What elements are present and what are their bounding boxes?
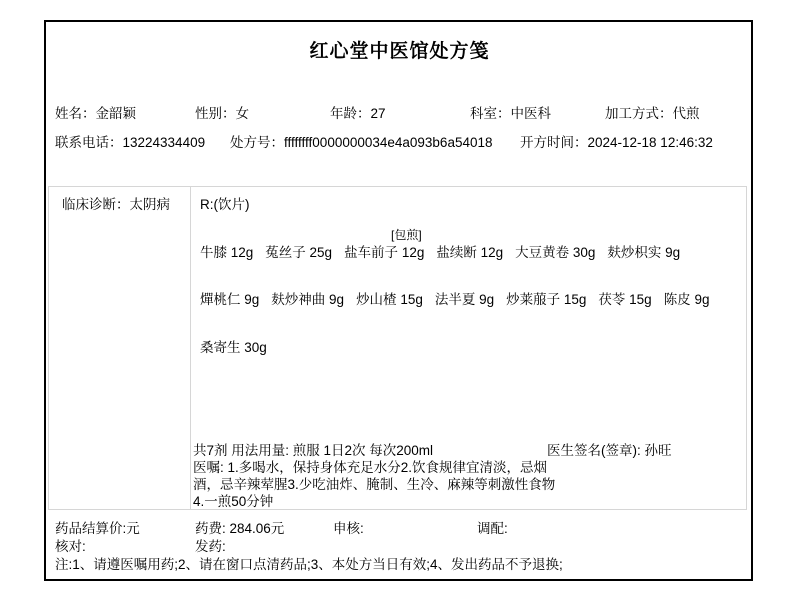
medicine-item: 炒莱菔子 15g (506, 292, 586, 307)
decoct-wrapped-tag: [包煎] (391, 227, 422, 243)
prescription-page: { "page": { "title": "红心堂中医馆处方笺", "backg… (0, 0, 800, 600)
medicine-row-1: 牛膝 12g菟丝子 25g盐车前子 12g盐续断 12g大豆黄卷 30g麸炒枳实… (200, 245, 692, 261)
contact-phone-field: 联系电话：13224334409 (55, 135, 205, 151)
patient-age-field: 年龄：27 (330, 106, 386, 122)
settlement-price-field: 药品结算价:元 (55, 521, 140, 537)
page-title: 红心堂中医馆处方笺 (44, 36, 755, 63)
medicine-row-3: 桑寄生 30g (200, 340, 279, 356)
issue-medicine-field: 发药: (195, 539, 226, 555)
patient-name-field: 姓名：金韶颖 (55, 106, 136, 122)
medicine-fee-field: 药费: 284.06元 (195, 521, 284, 537)
medicine-item: 麸炒神曲 9g (271, 292, 344, 307)
processing-method-field: 加工方式：代煎 (605, 106, 700, 122)
doctor-signature-field: 医生签名(签章): 孙旺 (547, 443, 672, 459)
check-field: 核对: (55, 539, 86, 555)
medicine-item: 牛膝 12g (200, 245, 253, 260)
patient-gender-field: 性别：女 (195, 106, 249, 122)
medicine-item: 盐续断 12g (436, 245, 503, 260)
medicine-item: 陈皮 9g (664, 292, 710, 307)
doctor-advice-text: 医嘱: 1.多喝水，保持身体充足水分2.饮食规律宜清淡，忌烟酒，忌辛辣荤腥3.少… (193, 459, 561, 510)
medicine-item: 麸炒枳实 9g (607, 245, 680, 260)
medicine-item: 法半夏 9g (435, 292, 494, 307)
medicine-item: 大豆黄卷 30g (515, 245, 595, 260)
medicine-item: 燀桃仁 9g (200, 292, 259, 307)
department-field: 科室：中医科 (470, 106, 551, 122)
footer-notes-line: 注:1、请遵医嘱用药;2、请在窗口点清药品;3、本处方当日有效;4、发出药品不予… (55, 557, 563, 573)
medicine-item: 菟丝子 25g (265, 245, 332, 260)
dispense-prep-field: 调配: (477, 521, 508, 537)
table-column-divider (190, 186, 191, 510)
medicine-item: 炒山楂 15g (356, 292, 423, 307)
medicine-item: 茯苓 15g (598, 292, 651, 307)
usage-dosage-field: 共7剂 用法用量: 煎服 1日2次 每次200ml (193, 443, 433, 459)
rx-header: R:(饮片) (200, 197, 250, 213)
medicine-item: 桑寄生 30g (200, 340, 267, 355)
medicine-row-2: 燀桃仁 9g麸炒神曲 9g炒山楂 15g法半夏 9g炒莱菔子 15g茯苓 15g… (200, 292, 721, 308)
prescription-number-field: 处方号：ffffffff0000000034e4a093b6a54018 (230, 135, 493, 151)
clinical-diagnosis-field: 临床诊断：太阴病 (62, 197, 170, 213)
prescription-time-field: 开方时间：2024-12-18 12:46:32 (520, 135, 713, 151)
medicine-item: 盐车前子 12g (344, 245, 424, 260)
review-field: 申核: (333, 521, 364, 537)
